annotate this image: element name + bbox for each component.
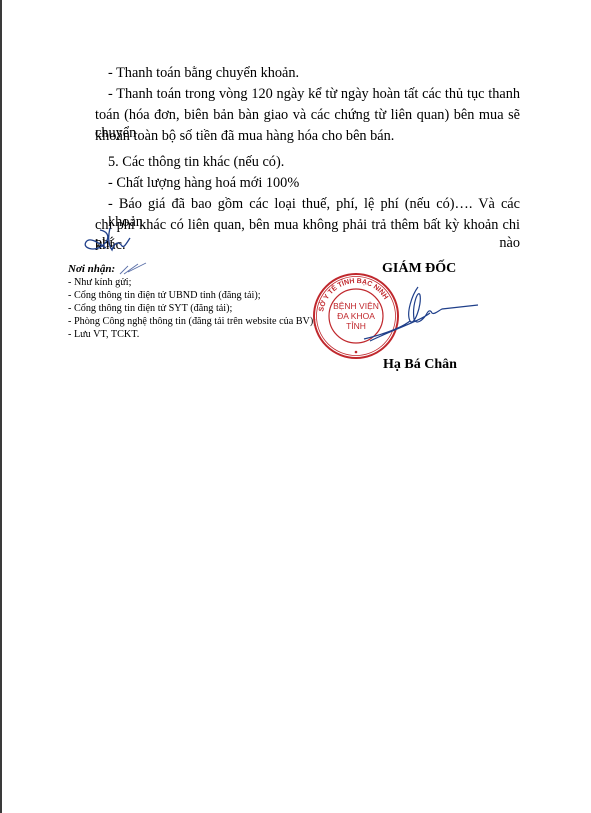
price-note-line-2: chi phí khác có liên quan, bên mua không… bbox=[95, 216, 520, 252]
recipient-item: - Cổng thông tin điện tử UBND tỉnh (đăng… bbox=[68, 290, 261, 302]
recipient-item: - Lưu VT, TCKT. bbox=[68, 329, 139, 341]
payment-term-line-1: - Thanh toán trong vòng 120 ngày kể từ n… bbox=[108, 85, 520, 103]
initials-signature bbox=[80, 226, 140, 256]
section-5-heading: 5. Các thông tin khác (nếu có). bbox=[108, 153, 284, 171]
recipients-check-mark bbox=[118, 262, 148, 276]
recipients-title: Nơi nhận: bbox=[68, 263, 115, 275]
quality-line: - Chất lượng hàng hoá mới 100% bbox=[108, 174, 299, 192]
recipient-item: - Cổng thông tin điện tử SYT (đăng tải); bbox=[68, 303, 232, 315]
recipient-item: - Phòng Công nghệ thông tin (đăng tải tr… bbox=[68, 316, 316, 328]
payment-term-line-3: khoản toàn bộ số tiền đã mua hàng hóa ch… bbox=[95, 127, 394, 145]
page-left-edge bbox=[0, 0, 2, 813]
recipient-item: - Như kính gửi; bbox=[68, 277, 131, 289]
director-signature bbox=[360, 285, 480, 345]
payment-transfer-line: - Thanh toán bằng chuyển khoản. bbox=[108, 64, 299, 82]
signer-name: Hạ Bá Chân bbox=[383, 357, 457, 373]
